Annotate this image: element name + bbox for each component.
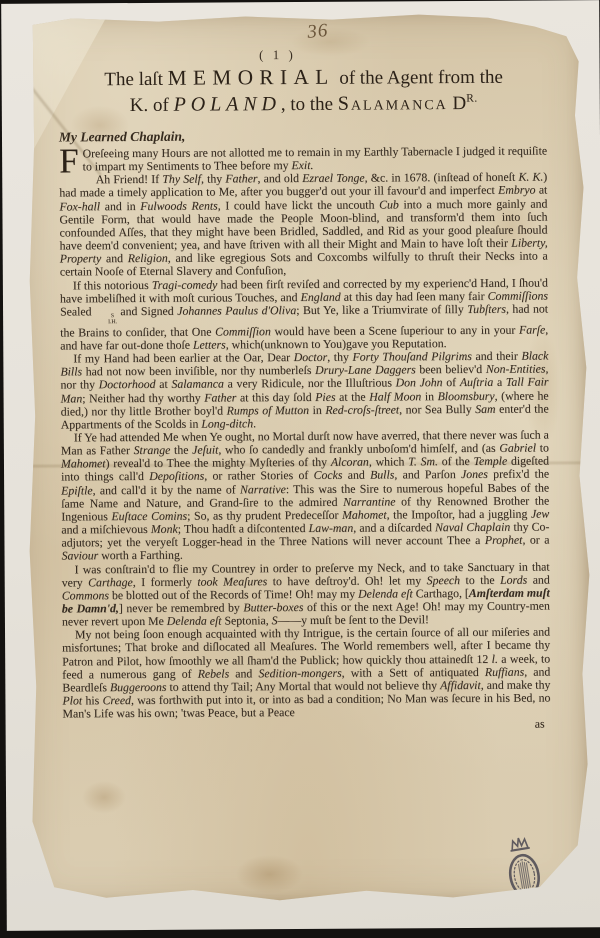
body-paragraph: Ah Friend! If Thy Self, thy Father, and … (59, 171, 548, 279)
title-line-1: The laſt MEMORIAL of the Agent from the (45, 63, 563, 91)
document-page: 36 ( 1 ) The laſt MEMORIAL of the Agent … (14, 7, 597, 912)
body-paragraph: I was conſtrain'd to flie my Countrey in… (62, 560, 550, 629)
body-paragraph: If this notorious Tragi-comedy had been … (60, 276, 548, 352)
handwritten-folio-number: 36 (306, 20, 329, 44)
page-number: ( 1 ) (0, 45, 567, 65)
document-body: FOreſeeing many Hours are not allotted m… (59, 145, 551, 735)
paper-stain (81, 780, 127, 814)
body-paragraph: My not being ſoon enough acquainted with… (62, 626, 551, 721)
paper-stain (234, 854, 304, 894)
mount-mat: 36 ( 1 ) The laſt MEMORIAL of the Agent … (1, 0, 600, 931)
body-paragraph: If my Hand had been earlier at the Oar, … (60, 350, 548, 432)
body-paragraph: If Ye had attended Me when Ye ought, no … (61, 428, 550, 563)
title-line-2: K. of POLAND, to the Salamanca DR. (45, 91, 563, 117)
paragraph-text: Oreſeeing many Hours are not allotted me… (83, 144, 548, 174)
library-stamp-icon (492, 832, 554, 908)
drop-cap: F (59, 147, 83, 174)
